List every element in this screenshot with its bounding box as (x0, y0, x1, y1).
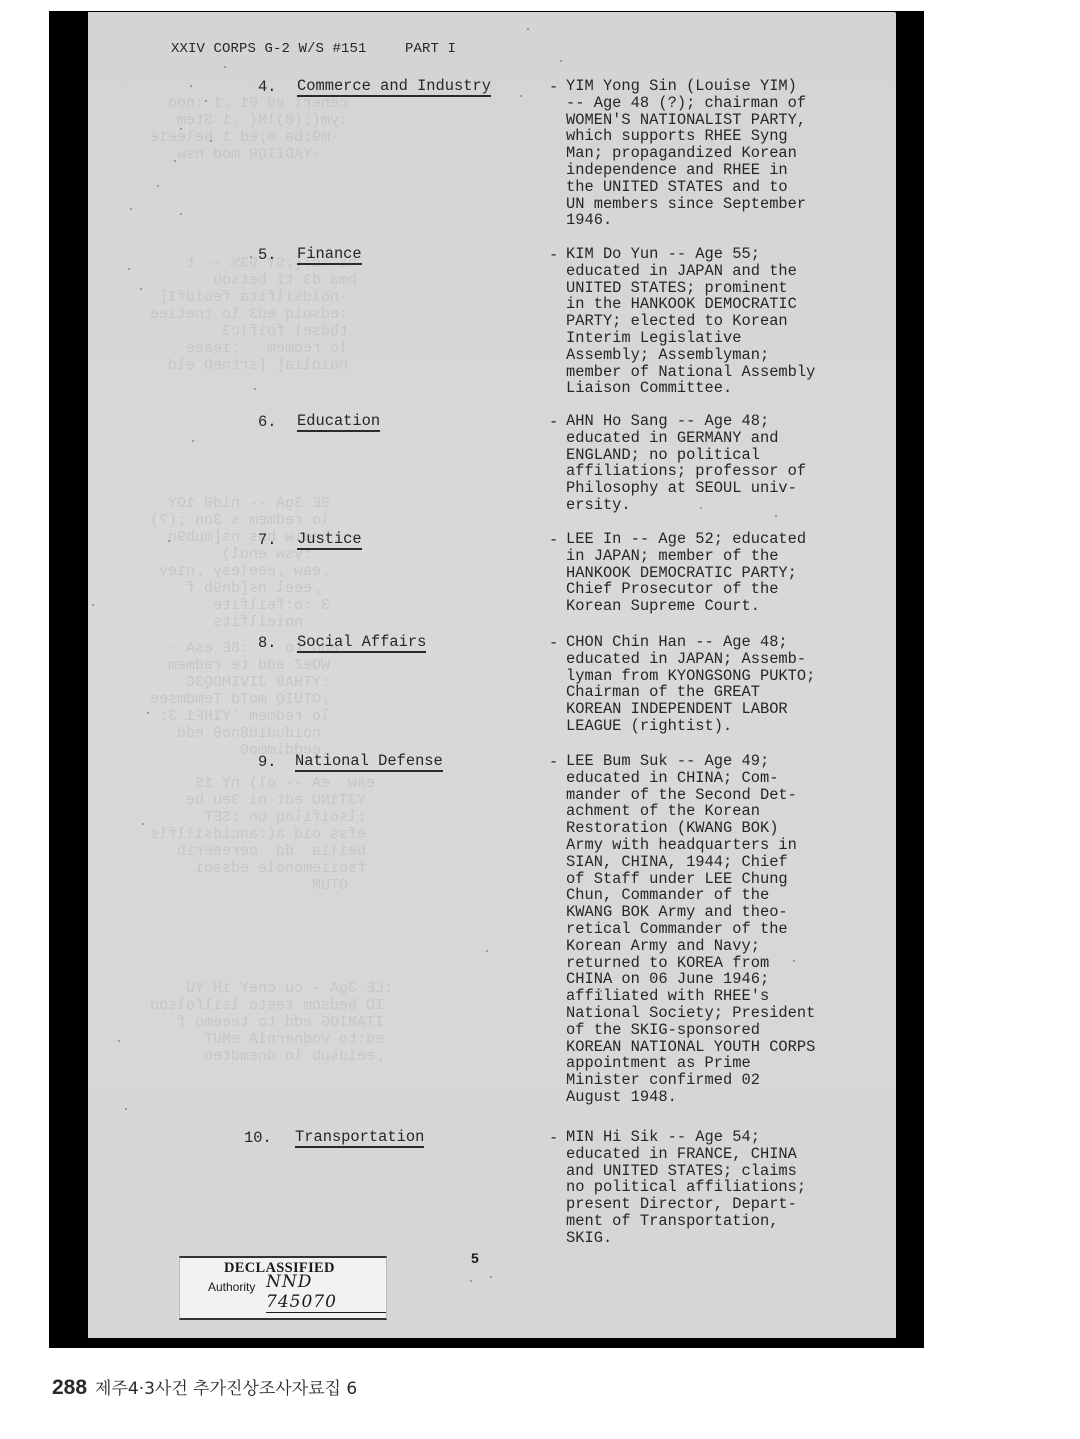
item-title-national-defense: National Defense (295, 753, 443, 772)
item-description: LEE Bum Suk -- Age 49; educated in CHINA… (566, 753, 866, 1106)
item-dash: - (549, 78, 558, 96)
item-dash: - (549, 634, 558, 652)
declassified-stamp: DECLASSIFIED Authority NND 745070 (179, 1256, 387, 1320)
item-description: YIM Yong Sin (Louise YIM) -- Age 48 (?);… (566, 78, 866, 229)
item-number: 5. (258, 246, 276, 264)
item-description: LEE In -- Age 52; educated in JAPAN; mem… (566, 531, 866, 615)
item-title-finance: Finance (297, 246, 362, 265)
book-page-number: 288 (52, 1376, 87, 1400)
item-title-justice: Justice (297, 531, 362, 550)
item-number: 9. (258, 753, 276, 771)
document-part: PART I (405, 41, 456, 58)
book-footer: 288 제주4·3사건 추가진상조사자료집 6 (52, 1374, 357, 1400)
item-number: 4. (258, 78, 276, 96)
document-reference: XXIV CORPS G-2 W/S #151 (171, 41, 367, 58)
item-dash: - (549, 753, 558, 771)
item-description: KIM Do Yun -- Age 55; educated in JAPAN … (566, 246, 866, 397)
item-title-commerce-and-industry: Commerce and Industry (297, 78, 491, 97)
item-description: AHN Ho Sang -- Age 48; educated in GERMA… (566, 413, 866, 514)
stamp-authority-label: Authority (208, 1280, 255, 1294)
item-description: CHON Chin Han -- Age 48; educated in JAP… (566, 634, 866, 735)
item-title-education: Education (297, 413, 380, 432)
bleed-through-text: 8E 3gA -- nid0 1OY lo redmem s 3on ;(?) … (150, 495, 330, 631)
item-number: 6. (258, 413, 276, 431)
item-description: MIN Hi Sik -- Age 54; educated in FRANCE… (566, 1129, 866, 1247)
item-dash: - (549, 413, 558, 431)
bleed-through-text: eaw eA -- ol) nY 1S Y3T1NU edt ni 3eu be… (150, 775, 375, 894)
bleed-through-text: ns :d:{;SY 93% -- t bma d3 ti betsou -no… (150, 255, 357, 374)
bleed-through-text: :LE 3gA - cu cneY iH YU IO bedsom teeto … (150, 980, 393, 1065)
item-dash: - (549, 1129, 558, 1147)
bleed-through-text: edd to :8E esA - WOeZ edd te redmem :YTH… (150, 640, 339, 759)
item-number: 7. (258, 531, 276, 549)
item-dash: - (549, 246, 558, 264)
item-number: 10. (244, 1129, 272, 1147)
item-title-social-affairs: Social Affairs (297, 634, 426, 653)
item-number: 8. (258, 634, 276, 652)
stamp-authority-value: NND 745070 (266, 1272, 386, 1313)
document-page-number: 5 (471, 1250, 479, 1266)
book-title: 제주4·3사건 추가진상조사자료집 6 (95, 1374, 357, 1399)
item-dash: - (549, 531, 558, 549)
item-title-transportation: Transportation (295, 1129, 424, 1148)
